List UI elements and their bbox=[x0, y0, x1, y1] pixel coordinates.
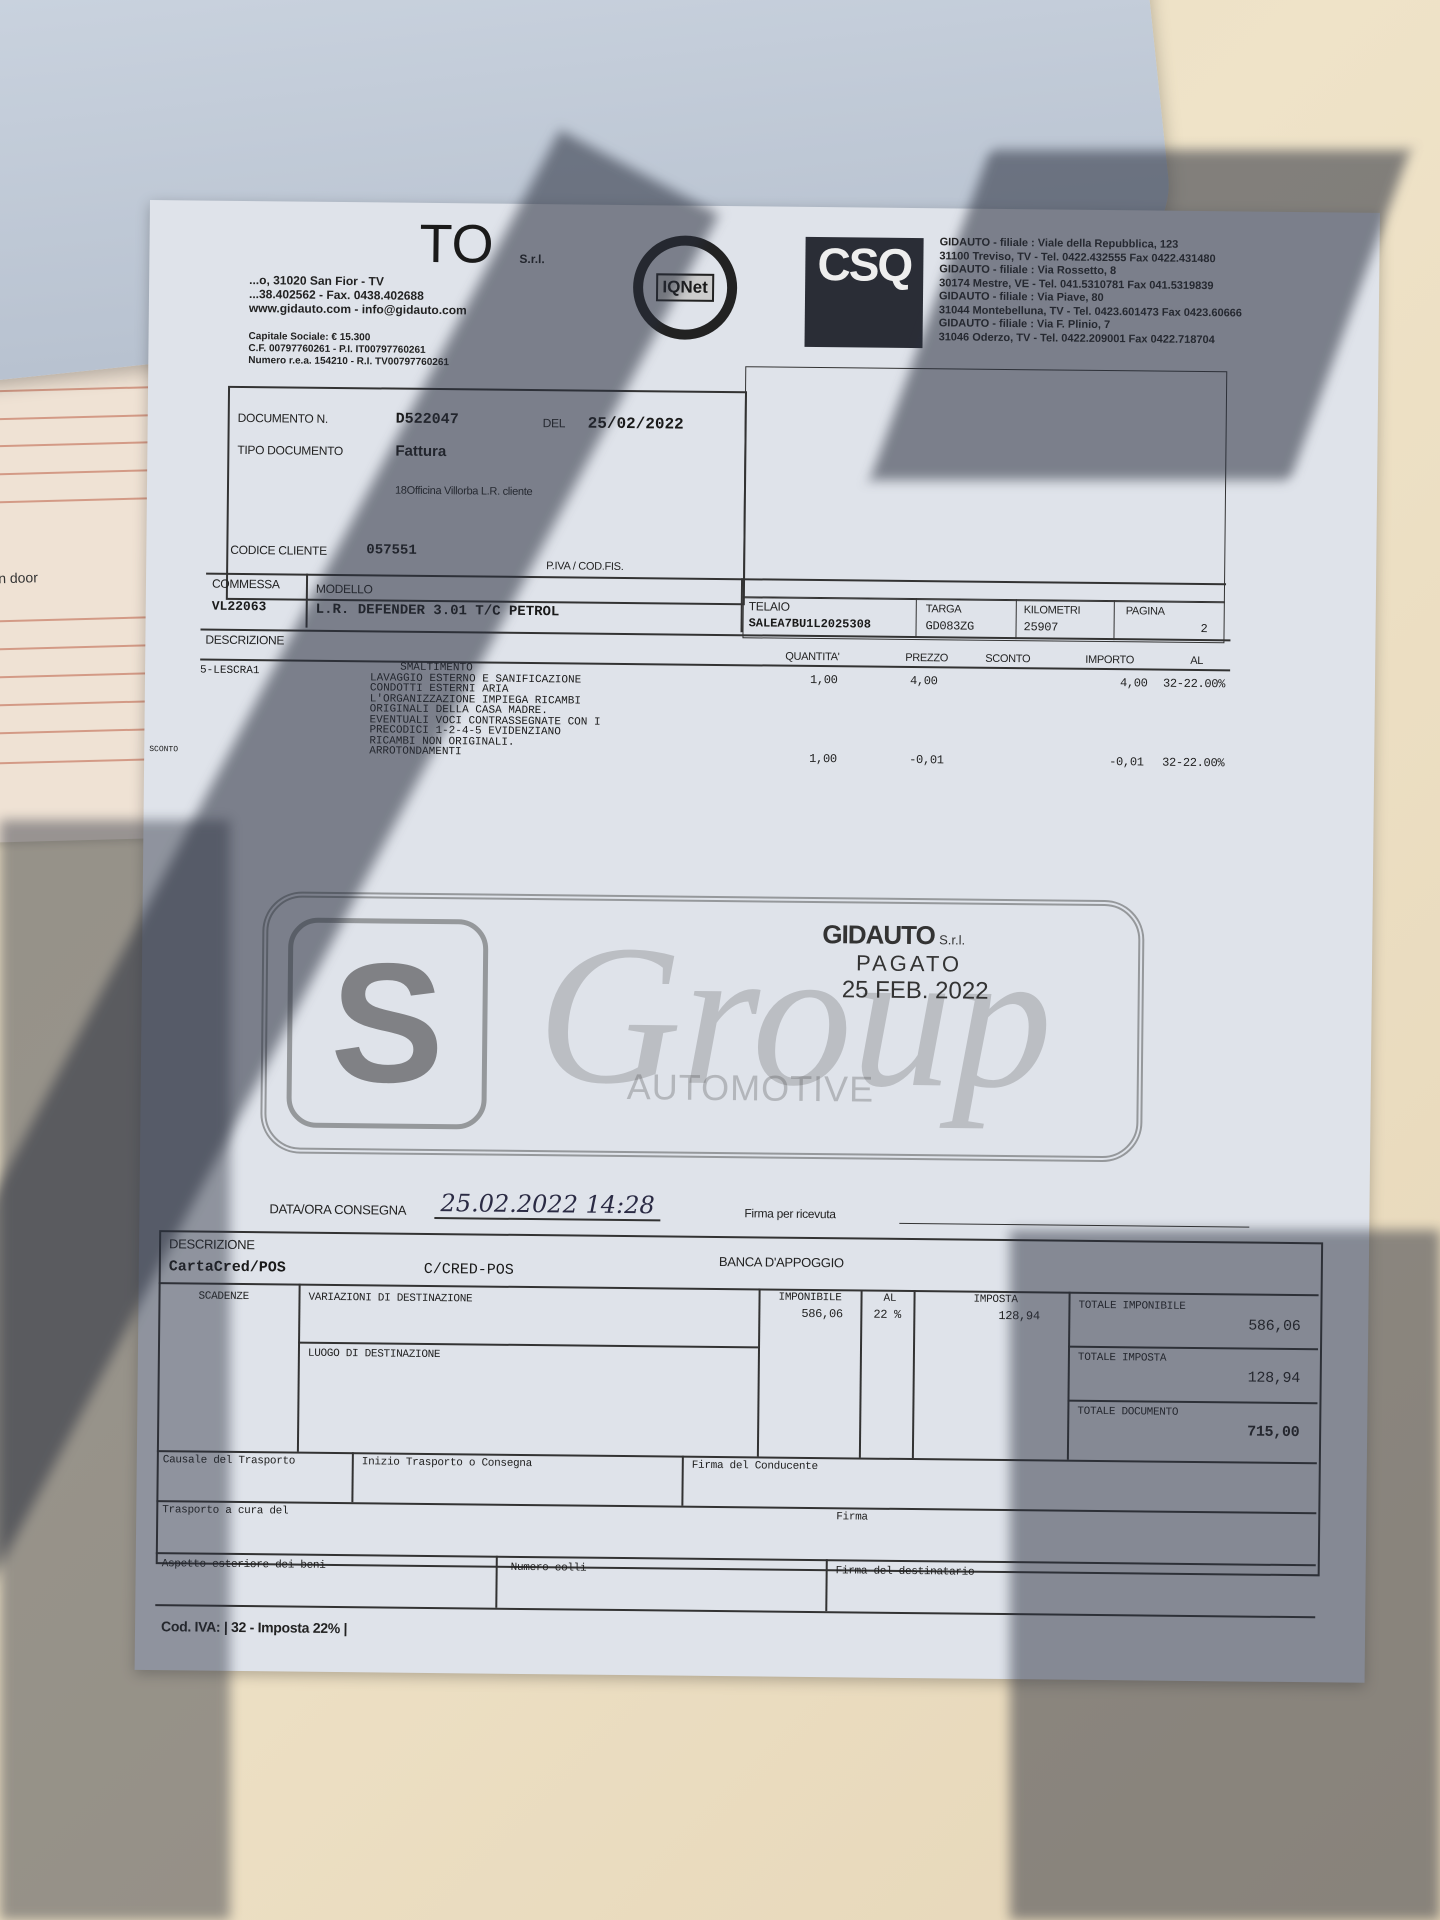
stamp-date: 25 FEB. 2022 bbox=[842, 976, 989, 1006]
vat-number-label: P.IVA / COD.FIS. bbox=[546, 560, 623, 573]
payment-box bbox=[156, 1230, 1323, 1576]
line-item-qty: 1,00 bbox=[810, 673, 838, 687]
stamp-status: PAGATO bbox=[856, 950, 989, 977]
automotive-wordmark: AUTOMOTIVE bbox=[627, 1066, 875, 1111]
telaio-label: TELAIO bbox=[749, 599, 790, 613]
rule-line bbox=[0, 728, 159, 735]
vat-header: AL bbox=[1190, 655, 1203, 667]
targa-value: GD083ZG bbox=[926, 619, 974, 634]
total-taxable-value: 586,06 bbox=[1248, 1318, 1300, 1336]
paid-stamp: GIDAUTO S.r.l. PAGATO 25 FEB. 2022 bbox=[822, 919, 990, 1006]
recipient-signature-label: Firma del destinatario bbox=[836, 1565, 975, 1578]
packages-label: Numero colli bbox=[511, 1562, 587, 1575]
company-logo-fragment: TO bbox=[419, 213, 494, 276]
variations-label: VARIAZIONI DI DESTINAZIONE bbox=[308, 1292, 472, 1306]
total-tax-label: TOTALE IMPOSTA bbox=[1078, 1352, 1166, 1365]
taxable-value: 586,06 bbox=[801, 1307, 843, 1321]
page-value: 2 bbox=[1200, 622, 1207, 636]
rate-value: 22 % bbox=[873, 1308, 901, 1322]
branch-list: GIDAUTO - filiale : Viale della Repubbli… bbox=[939, 236, 1243, 347]
rule-line bbox=[0, 758, 160, 765]
km-value: 25907 bbox=[1024, 620, 1059, 634]
delivery-datetime: 25.02.2022 14:28 bbox=[434, 1189, 661, 1221]
km-label: KILOMETRI bbox=[1024, 604, 1081, 617]
company-legal-suffix: S.r.l. bbox=[519, 252, 545, 266]
receipt-signature-label: Firma per ricevuta bbox=[744, 1206, 835, 1221]
signature-line[interactable] bbox=[899, 1223, 1249, 1228]
line-item-price: 4,00 bbox=[910, 674, 938, 688]
s-group-watermark: S Group AUTOMOTIVE bbox=[260, 891, 1145, 1162]
company-rea: Numero r.e.a. 154210 - R.I. TV0079776026… bbox=[248, 355, 449, 369]
amount-header: IMPORTO bbox=[1085, 654, 1134, 667]
document-date-label: DEL bbox=[543, 416, 566, 430]
invoice-document: TO S.r.l. ...o, 31020 San Fior - TV ...3… bbox=[135, 200, 1380, 1683]
taxable-label: IMPONIBILE bbox=[778, 1292, 841, 1305]
line-item-amount: -0,01 bbox=[1109, 755, 1144, 769]
qty-header: QUANTITA' bbox=[785, 651, 839, 664]
transport-reason-label: Causale del Trasporto bbox=[163, 1454, 295, 1467]
iqnet-certification-logo: IQNet bbox=[633, 235, 738, 340]
side-text-3: n door bbox=[0, 569, 38, 586]
payment-description-label: DESCRIZIONE bbox=[169, 1236, 255, 1252]
delivery-label: DATA/ORA CONSEGNA bbox=[269, 1201, 406, 1217]
rule-line bbox=[0, 616, 156, 623]
bank-label: BANCA D'APPOGGIO bbox=[719, 1254, 844, 1270]
line-item-code: SCONTO bbox=[149, 745, 178, 754]
client-code: 057551 bbox=[366, 542, 417, 559]
rule-line bbox=[0, 644, 157, 651]
line-item-qty: 1,00 bbox=[809, 752, 837, 766]
discount-header: SCONTO bbox=[985, 653, 1030, 665]
rule-line bbox=[0, 672, 158, 679]
line-item-description: SMALTIMENTO LAVAGGIO ESTERNO E SANIFICAZ… bbox=[369, 662, 601, 759]
price-header: PREZZO bbox=[905, 652, 948, 664]
goods-appearance-label: Aspetto esteriore dei beni bbox=[162, 1558, 326, 1572]
line-item-code: 5-LESCRA1 bbox=[200, 665, 260, 678]
rule-line bbox=[0, 497, 153, 504]
tax-label: IMPOSTA bbox=[973, 1294, 1017, 1306]
rule-line bbox=[0, 700, 158, 707]
total-document-label: TOTALE DOCUMENTO bbox=[1077, 1406, 1178, 1419]
targa-label: TARGA bbox=[926, 603, 962, 615]
payment-code: C/CRED-POS bbox=[424, 1261, 514, 1279]
description-header: DESCRIZIONE bbox=[205, 633, 284, 648]
stamp-company: GIDAUTO bbox=[822, 919, 935, 950]
line-item-vat: 32-22.00% bbox=[1162, 756, 1224, 771]
rule-line bbox=[0, 414, 151, 421]
rule-line bbox=[0, 441, 152, 448]
line-item-amount: 4,00 bbox=[1120, 676, 1148, 690]
page-label: PAGINA bbox=[1126, 605, 1165, 617]
telaio-value: SALEA7BU1L2025308 bbox=[749, 616, 872, 631]
payment-method: CartaCred/POS bbox=[169, 1258, 286, 1276]
recipient-box bbox=[743, 366, 1227, 603]
document-number-label: DOCUMENTO N. bbox=[238, 411, 328, 426]
document-date: 25/02/2022 bbox=[588, 415, 684, 434]
document-type-label: TIPO DOCUMENTO bbox=[237, 443, 343, 458]
document-number: D522047 bbox=[396, 411, 459, 429]
rule-line bbox=[0, 386, 150, 393]
commessa-value: VL22063 bbox=[212, 599, 267, 615]
driver-signature-label: Firma del Conducente bbox=[692, 1460, 818, 1473]
document-type: Fattura bbox=[395, 443, 446, 461]
transport-start-label: Inizio Trasporto o Consegna bbox=[362, 1456, 532, 1470]
client-code-label: CODICE CLIENTE bbox=[230, 543, 327, 558]
divider bbox=[306, 574, 309, 628]
total-document-value: 715,00 bbox=[1247, 1424, 1299, 1442]
tax-value: 128,94 bbox=[998, 1309, 1040, 1323]
company-web: www.gidauto.com - info@gidauto.com bbox=[249, 301, 467, 317]
total-tax-value: 128,94 bbox=[1248, 1370, 1300, 1388]
model-value: L.R. DEFENDER 3.01 T/C PETROL bbox=[316, 602, 560, 621]
document-note: 18Officina Villorba L.R. cliente bbox=[395, 485, 532, 498]
total-taxable-label: TOTALE IMPONIBILE bbox=[1078, 1300, 1185, 1313]
line-item-vat: 32-22.00% bbox=[1163, 677, 1225, 692]
csq-certification-logo: CSQ bbox=[804, 237, 923, 348]
due-label: SCADENZE bbox=[198, 1291, 249, 1304]
model-label: MODELLO bbox=[316, 582, 373, 597]
carrier-label: Trasporto a cura del bbox=[162, 1504, 288, 1517]
rule-line bbox=[0, 469, 152, 476]
line-item-price: -0,01 bbox=[909, 753, 944, 767]
rate-label: AL bbox=[883, 1293, 896, 1305]
commessa-label: COMMESSA bbox=[212, 577, 280, 592]
vat-code-footer: Cod. IVA: | 32 - Imposta 22% | bbox=[161, 1618, 347, 1636]
signature-label: Firma bbox=[836, 1511, 868, 1523]
destination-label: LUOGO DI DESTINAZIONE bbox=[308, 1348, 440, 1361]
s-letter-logo: S bbox=[286, 917, 488, 1129]
